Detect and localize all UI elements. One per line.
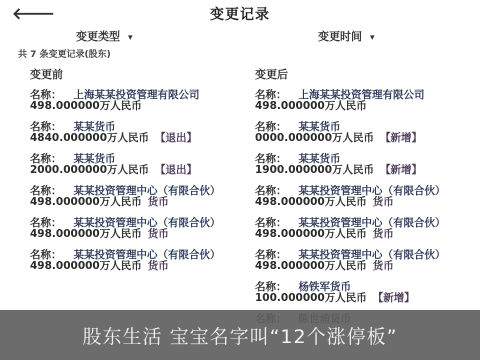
shareholder-entry: 名称：某某投资管理中心（有限合伙）498.000000万人民币货币 [255,186,455,208]
change-tag: 【退出】 [149,133,197,144]
capital-amount: 498.000000万人民币 [255,196,367,208]
before-heading: 变更前 [30,66,230,82]
change-tag: 【退出】 [149,165,197,176]
change-tag: 【新增】 [374,133,422,144]
capital-amount: 498.000000万人民币 [30,228,142,240]
chevron-down-icon: ▾ [128,33,133,43]
change-type-dropdown[interactable]: 变更类型▾ [76,28,133,44]
top-bar: 🡐 变更记录 [0,0,480,26]
capital-amount: 498.000000万人民币 [255,100,367,112]
shareholder-entry: 名称：上海某某投资管理有限公司498.000000万人民币 [30,90,230,112]
caption-text: 股东生活 宝宝名字叫“12个涨停板” [0,322,480,349]
shareholder-entry: 名称：某某货币0000.000000万人民币【新增】 [255,122,455,144]
shareholder-entry: 名称：上海某某投资管理有限公司498.000000万人民币 [255,90,455,112]
change-tag: 货币 [142,261,169,272]
capital-amount: 100.000000万人民币 [255,292,367,304]
after-column: 变更后 名称：上海某某投资管理有限公司498.000000万人民币名称：某某货币… [255,66,455,346]
shareholder-entry: 名称：某某投资管理中心（有限合伙）498.000000万人民币货币 [255,218,455,240]
shareholder-entry: 名称：某某投资管理中心（有限合伙）498.000000万人民币货币 [255,250,455,272]
capital-amount: 2000.000000万人民币 [30,164,149,176]
capital-amount: 498.000000万人民币 [255,228,367,240]
change-tag: 货币 [367,229,394,240]
change-tag: 货币 [367,197,394,208]
capital-amount: 498.000000万人民币 [30,260,142,272]
capital-amount: 0000.000000万人民币 [255,132,374,144]
capital-amount: 498.000000万人民币 [30,196,142,208]
page-title: 变更记录 [0,4,480,24]
change-tag: 【新增】 [367,293,415,304]
capital-amount: 498.000000万人民币 [255,260,367,272]
record-count: 共 7 条变更记录(股东) [18,47,111,60]
shareholder-entry: 名称：某某投资管理中心（有限合伙）498.000000万人民币货币 [30,250,230,272]
capital-amount: 1900.000000万人民币 [255,164,374,176]
change-time-label: 变更时间 [318,30,362,43]
capital-amount: 4840.000000万人民币 [30,132,149,144]
filter-bar: 变更类型▾ 变更时间▾ [0,26,480,44]
before-column: 变更前 名称：上海某某投资管理有限公司498.000000万人民币名称：某某货币… [30,66,230,282]
change-tag: 货币 [142,197,169,208]
change-type-label: 变更类型 [76,30,120,43]
shareholder-entry: 名称：某某货币2000.000000万人民币【退出】 [30,154,230,176]
shareholder-entry: 名称：某某投资管理中心（有限合伙）498.000000万人民币货币 [30,186,230,208]
change-tag: 货币 [367,261,394,272]
shareholder-entry: 名称：某某货币4840.000000万人民币【退出】 [30,122,230,144]
caption-overlay: 股东生活 宝宝名字叫“12个涨停板” [0,310,480,360]
change-tag: 【新增】 [374,165,422,176]
shareholder-entry: 名称：某某货币1900.000000万人民币【新增】 [255,154,455,176]
capital-amount: 498.000000万人民币 [30,100,142,112]
change-tag: 货币 [142,229,169,240]
after-heading: 变更后 [255,66,455,82]
shareholder-entry: 名称：杨铁军货币100.000000万人民币【新增】 [255,282,455,304]
chevron-down-icon: ▾ [370,33,375,43]
change-time-dropdown[interactable]: 变更时间▾ [318,28,375,44]
shareholder-entry: 名称：某某投资管理中心（有限合伙）498.000000万人民币货币 [30,218,230,240]
